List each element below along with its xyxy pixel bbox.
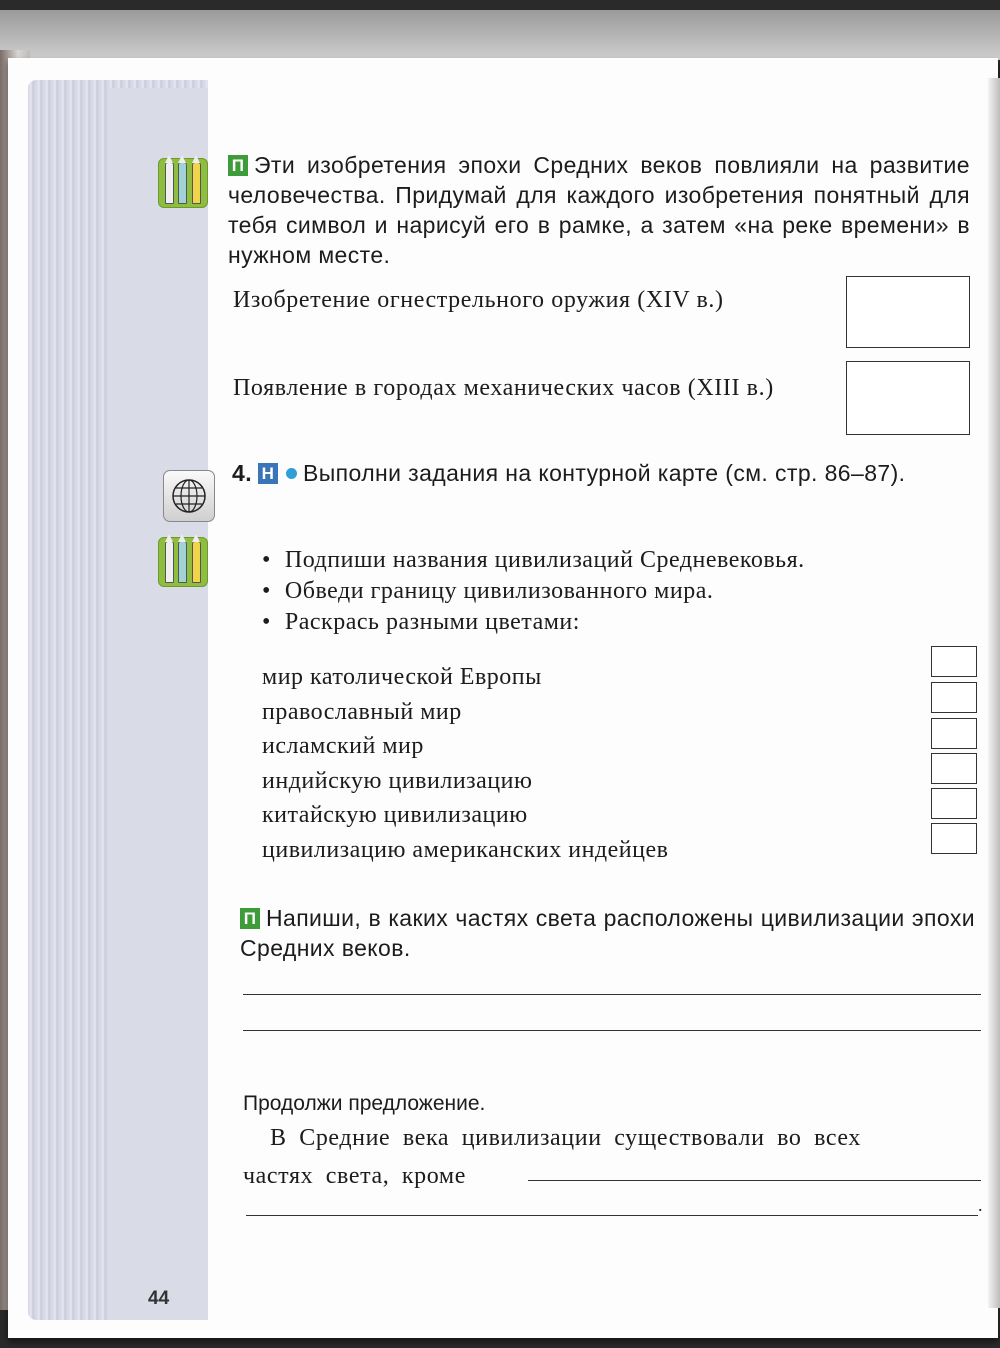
sentence-answer-line-1[interactable] <box>528 1180 981 1181</box>
civ-item: индийскую цивилизацию <box>262 764 862 799</box>
civ-item: исламский мир <box>262 729 862 764</box>
badge-p: П <box>240 908 260 929</box>
sentence-line-1: В Средние века цивилизации существовали … <box>270 1125 990 1152</box>
color-box-islamic[interactable] <box>931 718 977 749</box>
color-box-orthodox[interactable] <box>931 682 977 713</box>
task-number: 4. <box>232 460 252 486</box>
scanner-background <box>0 10 1000 60</box>
drawing-frame-clocks[interactable] <box>846 361 970 435</box>
task-4-instruction: 4.НВыполни задания на контурной карте (с… <box>232 458 972 488</box>
globe-glyph <box>171 478 207 514</box>
sentence-line-2: частях света, кроме <box>243 1163 466 1190</box>
page-right-edge <box>988 78 1000 1308</box>
civ-item: православный мир <box>262 695 862 730</box>
bullet-item: Раскрась разными цветами: <box>262 607 942 638</box>
civilization-color-list: мир католической Европы православный мир… <box>262 660 862 867</box>
invention-label-clocks: Появление в городах механических часов (… <box>233 372 793 404</box>
sentence-end-mark: . <box>978 1195 983 1216</box>
continue-heading: Продолжи предложение. <box>243 1092 485 1116</box>
badge-n: Н <box>258 463 278 484</box>
task-inventions-instruction: ПЭти изобретения эпохи Средних веков пов… <box>228 150 970 270</box>
color-box-american[interactable] <box>931 823 977 854</box>
color-box-chinese[interactable] <box>931 788 977 819</box>
dot-marker-icon <box>286 468 297 479</box>
answer-line-2[interactable] <box>243 1030 981 1031</box>
color-box-indian[interactable] <box>931 753 977 784</box>
civ-item: цивилизацию американских индейцев <box>262 833 862 868</box>
colored-pencils-icon <box>158 537 208 587</box>
page-number: 44 <box>148 1288 169 1310</box>
task-parts-of-world-instruction: ПНапиши, в каких частях света расположен… <box>240 903 975 963</box>
color-box-catholic[interactable] <box>931 646 977 677</box>
badge-p: П <box>228 155 248 176</box>
page-margin-strip <box>108 88 208 1320</box>
globe-icon <box>163 470 215 522</box>
answer-line-1[interactable] <box>243 994 981 995</box>
colored-pencils-icon <box>158 158 208 208</box>
invention-label-firearms: Изобретение огнестрельного оружия (XIV в… <box>233 287 833 314</box>
civ-item: китайскую цивилизацию <box>262 798 862 833</box>
civ-item: мир католической Европы <box>262 660 862 695</box>
bullet-item: Обведи границу цивилизованного мира. <box>262 576 942 607</box>
task-4-bullets: Подпиши названия цивилизаций Средневеков… <box>262 545 942 638</box>
sentence-answer-line-2[interactable] <box>246 1215 978 1216</box>
drawing-frame-firearms[interactable] <box>846 276 970 348</box>
bullet-item: Подпиши названия цивилизаций Средневеков… <box>262 545 942 576</box>
